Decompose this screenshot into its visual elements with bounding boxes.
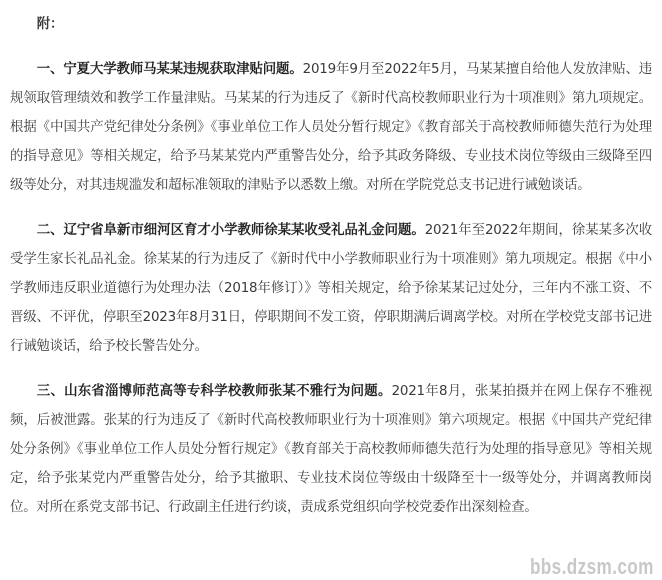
case-body-1: 2019年9月至2022年5月，马某某擅自给他人发放津贴、违规领取管理绩效和教学…	[10, 62, 652, 193]
case-body-2: 2021年至2022年期间，徐某某多次收受学生家长礼品礼金。徐某某的行为违反了《…	[10, 223, 652, 354]
case-heading-2: 二、辽宁省阜新市细河区育才小学教师徐某某收受礼品礼金问题。	[37, 223, 425, 238]
case-heading-1: 一、宁夏大学教师马某某违规获取津贴问题。	[37, 62, 303, 77]
case-heading-3: 三、山东省淄博师范高等专科学校教师张某不雅行为问题。	[37, 384, 392, 399]
case-body-3: 2021年8月，张某拍摄并在网上保存不雅视频，后被泄露。张某的行为违反了《新时代…	[10, 384, 652, 515]
case-paragraph-3: 三、山东省淄博师范高等专科学校教师张某不雅行为问题。2021年8月，张某拍摄并在…	[10, 377, 652, 522]
site-watermark: bbs.dzsm.com	[530, 554, 654, 580]
case-paragraph-1: 一、宁夏大学教师马某某违规获取津贴问题。2019年9月至2022年5月，马某某擅…	[10, 55, 652, 200]
case-paragraph-2: 二、辽宁省阜新市细河区育才小学教师徐某某收受礼品礼金问题。2021年至2022年…	[10, 216, 652, 361]
appendix-label: 附：	[10, 10, 652, 39]
article-body: 附： 一、宁夏大学教师马某某违规获取津贴问题。2019年9月至2022年5月，马…	[10, 10, 652, 522]
